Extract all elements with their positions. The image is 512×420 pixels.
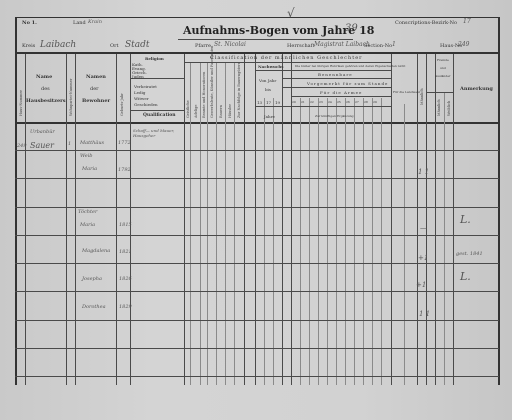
row-divider [15,291,499,292]
col-line [391,54,392,385]
tally-mark: +1 [416,281,426,289]
year-col: 27 [355,100,359,104]
header-haus-nummer: Haus-Nummer [19,90,23,116]
form-number: No 1. [22,20,37,26]
header-wohnpartei: Wohnpartei-Nummer [69,79,73,116]
sub-header-line [184,62,391,63]
birth-year-cell: 1772 [118,140,131,146]
sub-col-line [363,98,364,385]
sub-col-line [300,98,301,385]
bezirk-value: 17 [463,18,471,25]
birth-year-cell: 1792 [118,167,131,173]
tally-mark: 1 1 [419,310,430,318]
year-col: 25 [337,100,341,104]
col-line [417,54,418,385]
sub-col-line [404,104,405,385]
header-hausbesitzers: Hausbesitzers [26,98,66,104]
frame-top [15,17,499,18]
house-number-cell: 249 [17,143,27,149]
sub-header-line [130,110,184,111]
title-year: 39 [345,23,358,34]
kreis-value: Laibach [40,40,76,50]
remark-cell: L. [460,213,471,226]
title-underline [178,39,353,40]
von-jahr: Von Jahr [259,78,276,83]
sub-col-line [207,62,208,385]
row-divider [15,207,499,208]
header-benennbar: Benennbare [318,72,353,77]
col-line [75,54,76,385]
col-line [184,54,185,385]
sub-col-line [200,62,201,385]
header-und: und [440,66,446,70]
row-divider [15,235,499,236]
header-auslaender: Ausländer [435,74,450,78]
owner-name-cell: Sauer [30,141,54,150]
stand-row: Verheiratet [134,84,157,89]
year-col: 21 [301,100,305,104]
header-vorgemerkt: Vorgemerkt für zum Stande [307,81,388,86]
resident-name-cell: Matthäus [80,140,104,146]
resident-title-cell: Töchter [78,209,97,215]
resident-title-cell: Weib [80,153,93,159]
class-subcol: Geistliche [186,100,190,118]
sub-col-line [345,98,346,385]
header-nachwuchs: Nachwuchs [258,64,284,69]
religion-row: Juden [132,74,144,79]
header-bewohner: Bewohner [82,98,110,104]
header-anmerkung: Anmerkung [460,86,493,92]
class-subcol: Bauern [219,105,223,118]
resident-name-cell: Magdalena [82,248,110,254]
section-label: Section-No [364,43,392,49]
sub-header-line [282,87,391,88]
sub-col-line [190,62,191,385]
resident-name-cell: Maria [82,166,97,172]
sub-col-line [273,98,274,385]
jahre-label: Jahre [264,114,275,119]
col-line [255,54,256,385]
header-die-nicht: Die bisher bei übrigen Rubriken gehören … [295,64,406,68]
col-line [282,54,283,385]
class-subcol: Zur Nachfolge in Bauerngütern [237,62,241,118]
sub-col-line [225,62,226,385]
col-line [426,54,427,385]
sub-header-line [426,92,453,93]
row-divider [15,376,499,377]
year-col: 29 [373,100,377,104]
row-divider [15,150,499,151]
sub-header-line [291,96,391,97]
header-armee: Für die Armee [320,90,362,95]
year-col: 24 [328,100,332,104]
birth-year-cell: 1821 [119,249,132,255]
age-col: 17 [266,100,271,105]
section-value: 1 [392,41,396,48]
birth-year-cell: 1829 [119,304,132,310]
class-subcol: Beamte und Honoratioren [202,72,206,118]
class-subcol: Adelige [194,105,198,118]
wohnpartei-cell: 1 [68,141,71,147]
header-weiblich: Weiblich [447,101,451,116]
resident-name-cell: Maria [80,222,95,228]
year-col: 22 [310,100,314,104]
herrschaft-label: Herrschaft [287,43,315,49]
checkmark-mark: √ [287,6,295,20]
sub-col-line [309,98,310,385]
tally-mark: +1 [418,254,428,262]
frame-right [498,17,500,385]
sub-col-line [327,98,328,385]
year-col: 26 [346,100,350,104]
sub-header-line [255,70,391,71]
sub-col-line [318,98,319,385]
remark-cell: L. [460,270,471,283]
census-form-page: No 1. Land Krain Aufnahms-Bogen vom Jahr… [0,0,512,420]
header-classification: Classification der männlichen Geschlecht… [210,55,363,61]
row-divider [15,320,499,321]
sub-col-line [444,92,445,385]
row-divider [15,263,499,264]
house-value: 249 [458,41,469,48]
header-fremde: Fremde [437,58,449,62]
header-name: Name [36,74,52,80]
header-des: des [41,86,50,92]
age-col: 13 [257,100,262,105]
sub-header-line [255,106,391,107]
sub-col-line [264,98,265,385]
sub-col-line [336,98,337,385]
year-col: 20 [292,100,296,104]
sub-col-line [381,98,382,385]
stand-row: Witwer [134,96,149,101]
bezirk-label: Conscriptions-Bezirk-No [395,20,457,26]
col-line [116,54,117,385]
resident-name-cell: Josepha [82,276,102,282]
year-col: 28 [364,100,368,104]
header-landwehr: Für die Landwehr [393,90,420,94]
ort-value: Stadt [125,40,150,50]
header-abwesend-m: Männlich [420,88,424,105]
col-line [453,54,454,385]
age-col: 19 [275,100,280,105]
header-mannlich: Männlich [437,99,441,116]
pfarre-label: Pfarre [195,43,211,49]
tally-mark: — [420,224,427,232]
col-line [130,54,131,385]
sub-col-line [354,98,355,385]
class-subcol: Gewerbsleute, Künstler und Fabrikanten [210,46,214,118]
owner-title-cell: Urbanbür [30,129,55,135]
sub-header-line [282,78,391,79]
birth-year-cell: 1826 [119,276,132,282]
header-qualification: Qualification [143,113,176,118]
sub-col-line [372,98,373,385]
row-divider [15,348,499,349]
col-line [435,54,436,385]
tally-mark: 1 1 [418,168,429,176]
remark-cell: gest. 1841 [456,251,483,257]
header-geburtsjahr: Geburts-Jahr [120,93,124,116]
stand-row: Geschieden [134,102,158,107]
land-value: Krain [88,19,102,25]
resident-name-cell: Dorothea [82,304,106,310]
sub-col-line [234,62,235,385]
bis: bis [265,87,271,92]
birth-year-cell: 1815 [119,222,132,228]
header-religion: Religion [145,56,164,61]
kreis-label: Kreis [22,43,35,49]
frame-left [15,17,17,385]
stand-row: Ledig [134,90,145,95]
row-divider [15,178,499,179]
ort-label: Ort [110,43,119,49]
year-col: 23 [319,100,323,104]
pfarre-value: St. Nicolai [214,41,246,48]
col-line [66,54,67,385]
class-subcol: Häusler [228,104,232,118]
herrschaft-value: Magistrat Laibach [314,41,370,48]
header-aktive: Zur künftigen Ergänzung [315,114,354,118]
col-line [244,54,245,385]
land-label: Land [73,20,86,26]
header-der: der [90,86,99,92]
qualification-cell: Schaff— und Mauer, Hausgeher [133,128,181,138]
sub-col-line [216,62,217,385]
header-namen: Namen [86,74,106,80]
